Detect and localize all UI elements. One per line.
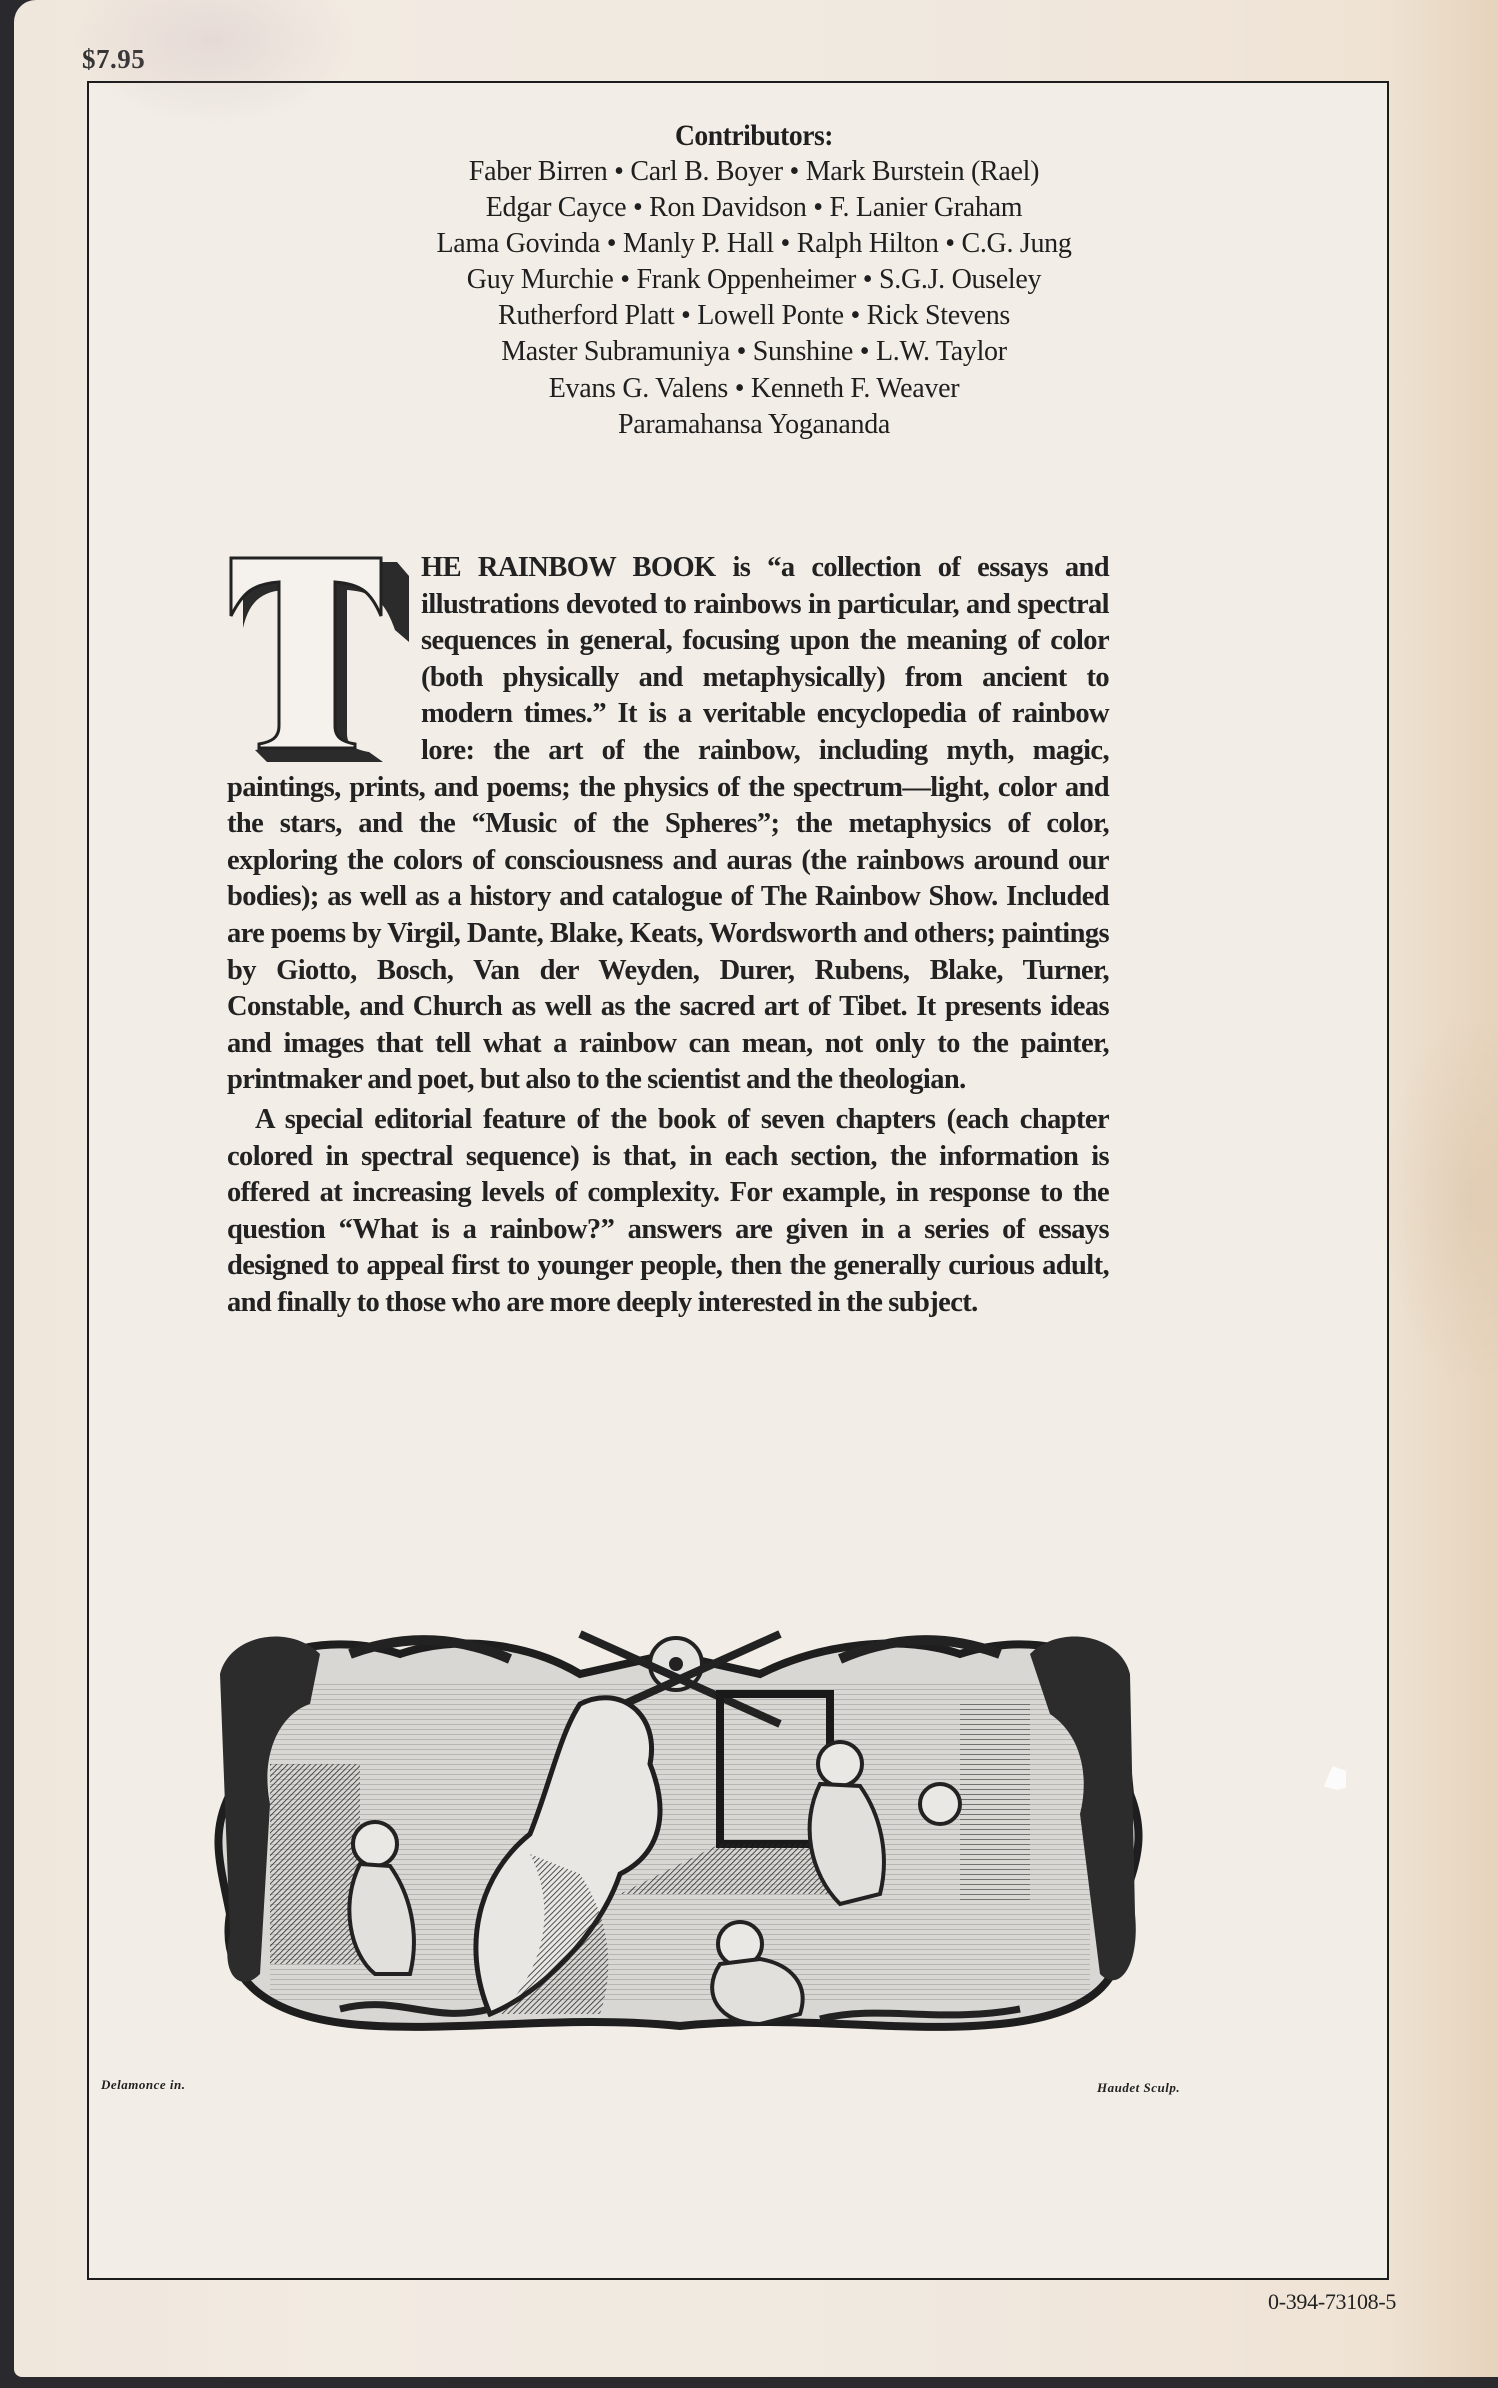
engraving-signature-left: Delamonce in. <box>101 2077 186 2093</box>
blurb-text: HE RAINBOW BOOK is “a collection of essa… <box>227 550 1109 1321</box>
price-label: $7.95 <box>82 44 145 75</box>
engraving-illustration <box>200 1614 1152 2044</box>
blurb-paragraph-2: A special editorial feature of the book … <box>227 1102 1109 1322</box>
blurb-paragraph-1: HE RAINBOW BOOK is “a collection of essa… <box>227 550 1109 1099</box>
contributors-section: Contributors: Faber Birren • Carl B. Boy… <box>174 118 1334 443</box>
contributors-line: Guy Murchie • Frank Oppenheimer • S.G.J.… <box>174 262 1334 298</box>
contributors-heading: Contributors: <box>220 118 1287 154</box>
book-back-cover: $7.95 Contributors: Faber Birren • Carl … <box>14 0 1498 2377</box>
contributors-line: Rutherford Platt • Lowell Ponte • Rick S… <box>174 298 1334 334</box>
contributors-line: Evans G. Valens • Kenneth F. Weaver <box>174 371 1334 407</box>
isbn-label: 0-394-73108-5 <box>1268 2289 1396 2315</box>
contributors-line: Paramahansa Yogananda <box>174 407 1334 443</box>
contributors-line: Edgar Cayce • Ron Davidson • F. Lanier G… <box>174 190 1334 226</box>
contributors-line: Lama Govinda • Manly P. Hall • Ralph Hil… <box>174 226 1334 262</box>
contributors-line: Faber Birren • Carl B. Boyer • Mark Burs… <box>174 154 1334 190</box>
contributors-line: Master Subramuniya • Sunshine • L.W. Tay… <box>174 334 1334 370</box>
drop-cap-t-icon <box>227 556 411 764</box>
engraving-signature-right: Haudet Sculp. <box>1097 2080 1180 2096</box>
